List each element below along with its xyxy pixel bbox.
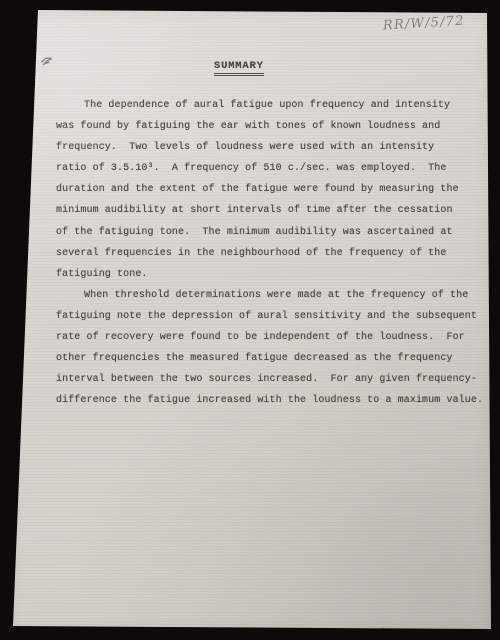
text-line: fatiguing note the depression of aural s… [56, 306, 476, 327]
text-line: several frequencies in the neighbourhood… [56, 243, 476, 264]
photograph-of-document: RR/W/5/72 SUMMARY The dependence of aura… [0, 0, 500, 640]
text-line: fatiguing tone. [56, 264, 476, 285]
text-line: rate of recovery were found to be indepe… [56, 327, 476, 348]
text-line: When threshold determinations were made … [56, 285, 476, 306]
text-line: duration and the extent of the fatigue w… [56, 179, 476, 200]
text-line: difference the fatigue increased with th… [56, 390, 476, 411]
text-line: The dependence of aural fatigue upon fre… [56, 95, 476, 116]
page-title: SUMMARY [214, 60, 264, 76]
text-line: ratio of 3.5.10³. A frequency of 510 c./… [56, 158, 476, 179]
ink-smudge-mark [39, 53, 57, 71]
text-line: other frequencies the measured fatigue d… [56, 348, 476, 369]
paragraphs: The dependence of aural fatigue upon fre… [56, 95, 476, 411]
text-line: minimum audibility at short intervals of… [56, 200, 476, 221]
text-line: frequency. Two levels of loudness were u… [56, 137, 476, 158]
text-line: of the fatiguing tone. The minimum audib… [56, 222, 476, 243]
text-line: interval between the two sources increas… [56, 369, 476, 390]
text-line: was found by fatiguing the ear with tone… [56, 116, 476, 137]
